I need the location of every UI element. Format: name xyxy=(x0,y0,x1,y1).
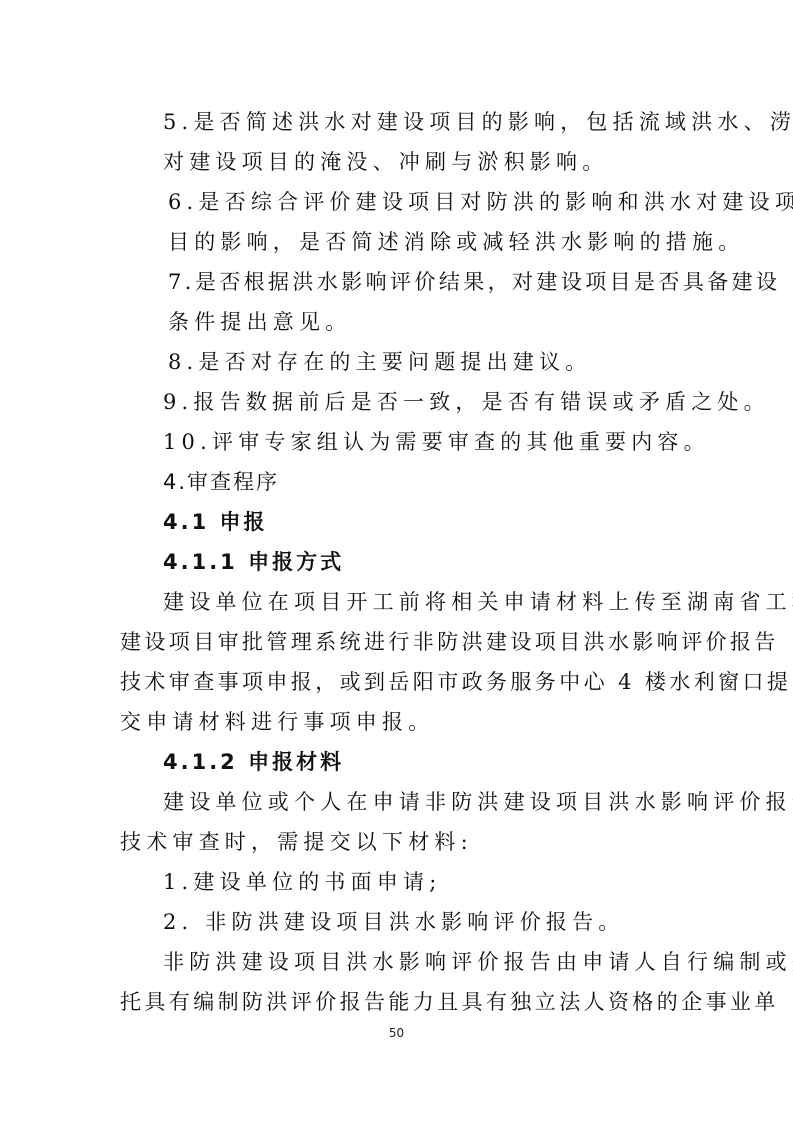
list-item-5-line-2: 对建设项目的淹没、冲刷与淤积影响。 xyxy=(163,142,700,182)
paragraph-materials-line-1: 建设单位或个人在申请非防洪建设项目洪水影响评价报告 xyxy=(163,782,700,822)
list-item-9: 9.报告数据前后是否一致，是否有错误或矛盾之处。 xyxy=(163,382,700,422)
section-heading-4-1-1: 4.1.1 申报方式 xyxy=(163,542,700,582)
materials-item-1: 1.建设单位的书面申请; xyxy=(163,862,700,902)
paragraph-declaration-line-4: 交申请材料进行事项申报。 xyxy=(120,702,700,742)
page-number: 50 xyxy=(0,1026,793,1040)
list-item-7-line-1: 7.是否根据洪水影响评价结果，对建设项目是否具备建设 xyxy=(168,262,700,302)
paragraph-declaration-line-1: 建设单位在项目开工前将相关申请材料上传至湖南省工程 xyxy=(163,582,700,622)
document-page: 5.是否简述洪水对建设项目的影响，包括流域洪水、涝水 对建设项目的淹没、冲刷与淤… xyxy=(0,0,793,1122)
section-heading-4-1: 4.1 申报 xyxy=(163,502,700,542)
list-item-8: 8.是否对存在的主要问题提出建议。 xyxy=(168,342,700,382)
paragraph-report-line-2: 托具有编制防洪评价报告能力且具有独立法人资格的企事业单 xyxy=(120,982,700,1022)
list-item-6-line-2: 目的影响，是否简述消除或减轻洪水影响的措施。 xyxy=(168,222,700,262)
paragraph-materials-line-2: 技术审查时，需提交以下材料: xyxy=(120,822,700,862)
paragraph-report-line-1: 非防洪建设项目洪水影响评价报告由申请人自行编制或委 xyxy=(163,942,700,982)
list-item-6-line-1: 6.是否综合评价建设项目对防洪的影响和洪水对建设项 xyxy=(168,182,700,222)
list-item-10: 10.评审专家组认为需要审查的其他重要内容。 xyxy=(163,422,700,462)
section-heading-4: 4.审查程序 xyxy=(163,462,700,502)
list-item-5-line-1: 5.是否简述洪水对建设项目的影响，包括流域洪水、涝水 xyxy=(163,102,700,142)
materials-item-2: 2. 非防洪建设项目洪水影响评价报告。 xyxy=(163,902,700,942)
paragraph-declaration-line-2: 建设项目审批管理系统进行非防洪建设项目洪水影响评价报告 xyxy=(120,622,700,662)
list-item-7-line-2: 条件提出意见。 xyxy=(168,302,700,342)
section-heading-4-1-2: 4.1.2 申报材料 xyxy=(163,742,700,782)
paragraph-declaration-line-3: 技术审查事项申报，或到岳阳市政务服务中心 4 楼水利窗口提 xyxy=(120,662,700,702)
